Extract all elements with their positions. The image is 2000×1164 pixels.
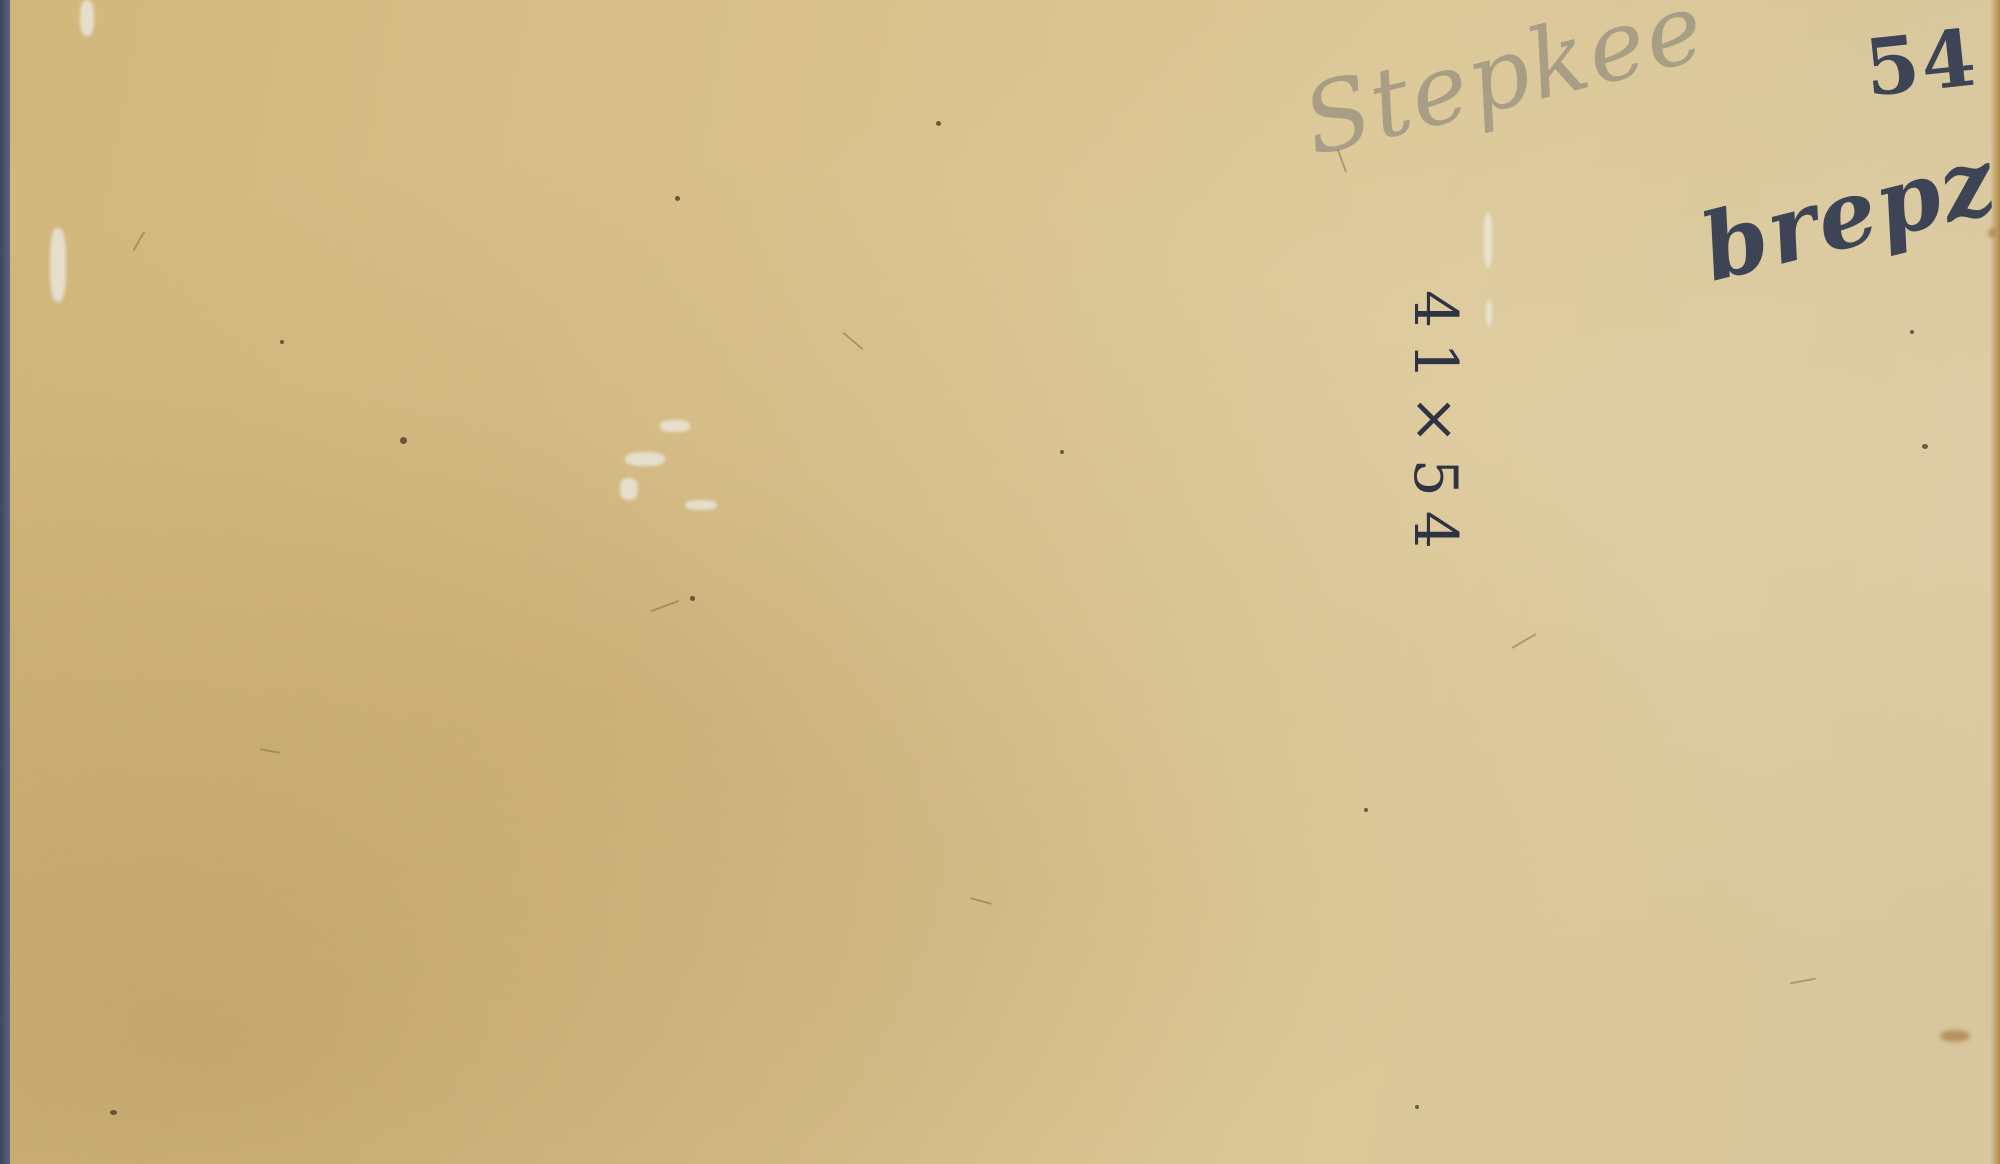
white-mark	[1486, 300, 1492, 326]
speck	[675, 196, 680, 201]
photo-stage: Stepkee 54 brepz 41×54	[0, 0, 2000, 1164]
speck	[400, 437, 407, 444]
white-mark	[1484, 212, 1492, 268]
cardboard-panel: Stepkee 54 brepz 41×54	[10, 0, 2000, 1164]
fiber	[260, 748, 280, 753]
speck	[690, 596, 695, 601]
white-mark	[660, 420, 690, 432]
white-mark	[625, 452, 665, 466]
pencil-word: brepz	[1691, 126, 2000, 303]
speck	[280, 340, 284, 344]
fiber	[842, 332, 863, 350]
speck	[1060, 450, 1064, 454]
faint-pencil-name: Stepkee	[1293, 0, 1716, 178]
speck	[1415, 1105, 1419, 1109]
speck	[1910, 330, 1914, 334]
fiber	[133, 231, 146, 251]
stain	[1940, 1030, 1970, 1042]
white-mark	[80, 0, 94, 36]
speck	[1364, 808, 1368, 812]
fiber	[1790, 978, 1816, 984]
speck	[1922, 444, 1928, 449]
white-mark	[50, 228, 66, 302]
pencil-dimensions: 41×54	[1400, 290, 1470, 563]
fiber	[970, 897, 992, 905]
white-mark	[685, 500, 717, 510]
white-mark	[620, 478, 638, 500]
fiber	[651, 600, 680, 612]
pencil-number: 54	[1861, 12, 1982, 114]
speck	[936, 121, 941, 126]
fiber	[1511, 633, 1536, 649]
speck	[110, 1110, 117, 1115]
